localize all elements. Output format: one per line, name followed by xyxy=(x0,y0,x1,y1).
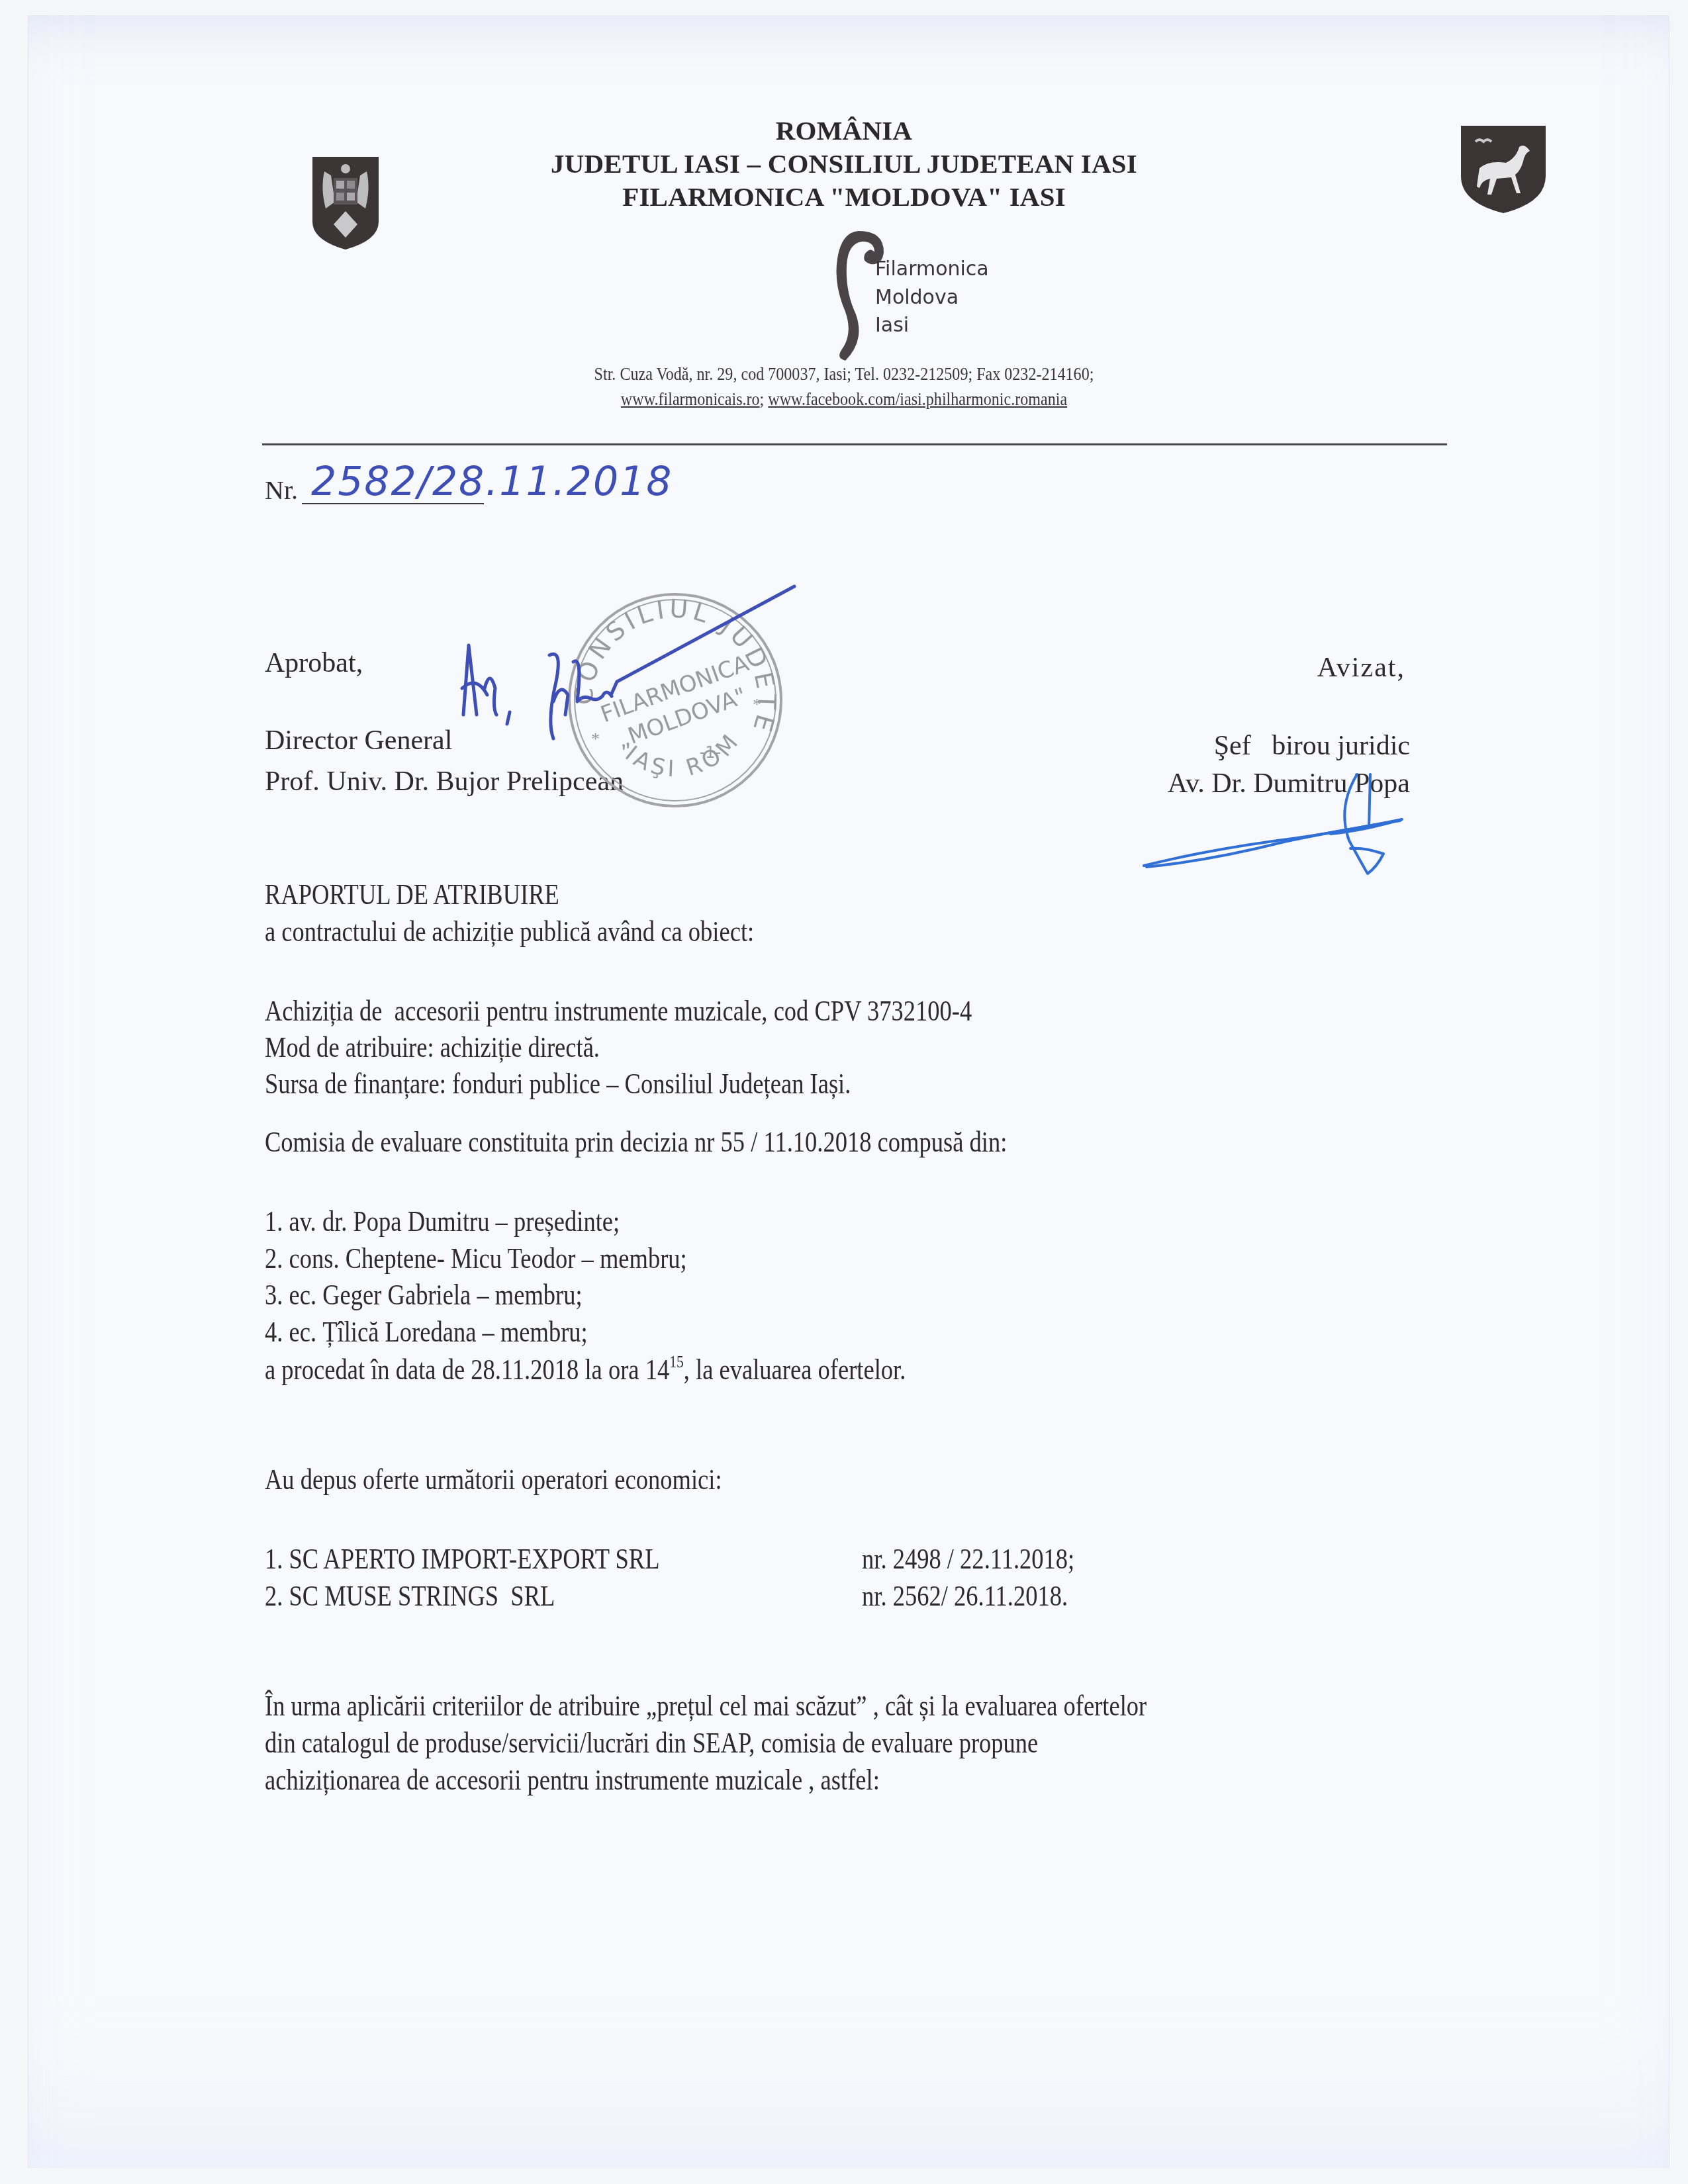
award-mode: Mod de atribuire: achiziție directă. xyxy=(265,1030,600,1064)
committee-member: 3. ec. Geger Gabriela – membru; xyxy=(265,1278,583,1312)
offer-registration: nr. 2498 / 22.11.2018; xyxy=(862,1542,1074,1576)
link-separator: ; xyxy=(760,389,769,410)
facebook-link[interactable]: www.facebook.com/iasi.philharmonic.roman… xyxy=(768,389,1067,410)
header-institution: FILARMONICA "MOLDOVA" IASI xyxy=(0,181,1688,212)
address-line: Str. Cuza Vodă, nr. 29, cod 700037, Iasi… xyxy=(118,364,1570,385)
procedure-statement: a procedat în data de 28.11.2018 la ora … xyxy=(265,1352,906,1387)
offer-company: 1. SC APERTO IMPORT-EXPORT SRL xyxy=(265,1542,660,1576)
conclusion-line: În urma aplicării criteriilor de atribui… xyxy=(265,1689,1147,1723)
committee-member: 4. ec. Țîlică Loredana – membru; xyxy=(265,1315,588,1349)
filarmonica-moldova-logo: Filarmonica Moldova Iasi xyxy=(831,228,1003,361)
procedure-minutes: 15 xyxy=(669,1352,684,1371)
approved-label: Aprobat, xyxy=(265,647,363,679)
director-signature xyxy=(424,582,794,754)
procedure-suffix: , la evaluarea ofertelor. xyxy=(684,1353,906,1386)
offers-intro: Au depus oferte următorii operatori econ… xyxy=(265,1463,722,1496)
legal-head-role: Şef birou juridic xyxy=(1214,730,1410,762)
committee-intro: Comisia de evaluare constituita prin dec… xyxy=(265,1125,1007,1159)
report-title: RAPORTUL DE ATRIBUIRE xyxy=(265,878,559,911)
contract-object: Achiziția de accesorii pentru instrument… xyxy=(265,994,972,1028)
offer-registration: nr. 2562/ 26.11.2018. xyxy=(862,1579,1068,1613)
header-county-council: JUDETUL IASI – CONSILIUL JUDETEAN IASI xyxy=(0,148,1688,179)
registration-handwritten-number: 2582/28.11.2018 xyxy=(311,459,673,505)
legal-head-signature xyxy=(1139,768,1417,880)
web-links: www.filarmonicais.ro; www.facebook.com/i… xyxy=(118,389,1570,410)
header-divider xyxy=(262,443,1447,445)
iasi-county-shield-icon xyxy=(1460,124,1547,214)
conclusion-line: achiziționarea de accesorii pentru instr… xyxy=(265,1763,880,1797)
logo-line-2: Moldova xyxy=(875,288,959,308)
header-country: ROMÂNIA xyxy=(0,114,1688,146)
offer-company: 2. SC MUSE STRINGS SRL xyxy=(265,1579,555,1613)
endorsed-label: Avizat, xyxy=(1317,652,1405,684)
committee-member: 2. cons. Cheptene- Micu Teodor – membru; xyxy=(265,1242,687,1275)
logo-line-3: Iasi xyxy=(875,316,909,336)
website-link[interactable]: www.filarmonicais.ro xyxy=(621,389,760,410)
report-subtitle: a contractului de achiziție publică avân… xyxy=(265,915,754,948)
registration-label: Nr. xyxy=(265,475,298,506)
conclusion-line: din catalogul de produse/servicii/lucrăr… xyxy=(265,1726,1038,1760)
funding-source: Sursa de finanțare: fonduri publice – Co… xyxy=(265,1067,851,1101)
committee-member: 1. av. dr. Popa Dumitru – președinte; xyxy=(265,1205,620,1238)
logo-line-1: Filarmonica xyxy=(875,259,989,279)
procedure-prefix: a procedat în data de 28.11.2018 la ora … xyxy=(265,1353,669,1386)
